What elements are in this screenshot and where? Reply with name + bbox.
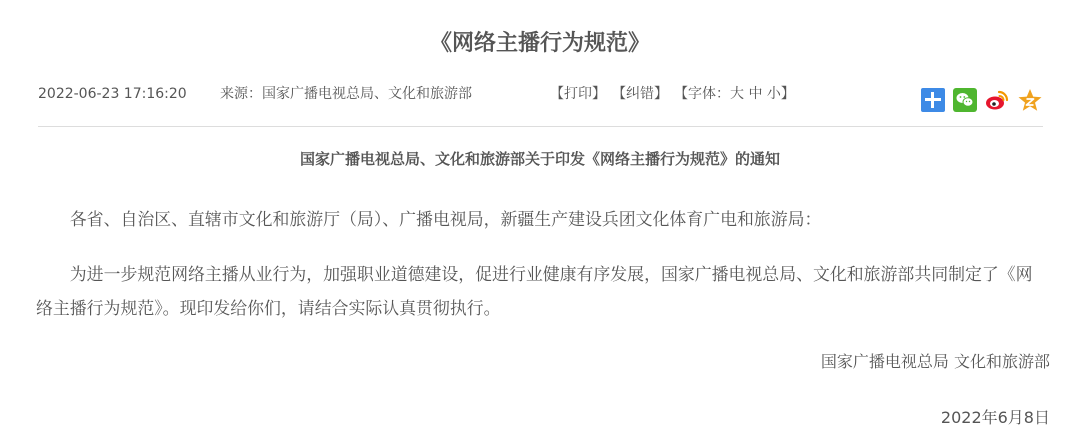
report-error-link[interactable]: 【纠错】 — [612, 86, 668, 102]
article-body: 各省、自治区、直辖市文化和旅游厅（局）、广播电视局，新疆生产建设兵团文化体育广电… — [36, 202, 1048, 346]
signature: 国家广播电视总局 文化和旅游部 — [821, 350, 1050, 374]
article-meta: 2022-06-23 17:16:20 来源：国家广播电视总局、文化和旅游部 【… — [38, 84, 1042, 108]
article-title: 《网络主播行为规范》 — [0, 28, 1080, 60]
weibo-icon[interactable] — [985, 88, 1009, 112]
font-size-small[interactable]: 小 — [767, 86, 781, 102]
print-link[interactable]: 【打印】 — [550, 86, 606, 102]
body-paragraph: 各省、自治区、直辖市文化和旅游厅（局）、广播电视局，新疆生产建设兵团文化体育广电… — [36, 202, 1048, 236]
notice-title: 国家广播电视总局、文化和旅游部关于印发《网络主播行为规范》的通知 — [0, 148, 1080, 170]
body-paragraph: 为进一步规范网络主播从业行为，加强职业道德建设，促进行业健康有序发展，国家广播电… — [36, 257, 1048, 325]
signature-date: 2022年6月8日 — [941, 406, 1050, 430]
share-bar — [921, 87, 1041, 113]
qzone-icon[interactable] — [1017, 88, 1041, 112]
article-source: 来源：国家广播电视总局、文化和旅游部 — [220, 84, 472, 104]
article-tools: 【打印】【纠错】【字体：大 中 小】 — [550, 84, 795, 104]
wechat-icon[interactable] — [953, 88, 977, 112]
publish-datetime: 2022-06-23 17:16:20 — [38, 84, 187, 104]
share-plus-icon[interactable] — [921, 88, 945, 112]
font-size-large[interactable]: 大 — [730, 86, 744, 102]
font-size-close: 】 — [781, 86, 795, 102]
font-size-label: 【字体： — [674, 86, 730, 102]
font-size-medium[interactable]: 中 — [748, 86, 762, 102]
article-page: 《网络主播行为规范》 2022-06-23 17:16:20 来源：国家广播电视… — [0, 0, 1080, 447]
header-divider — [38, 126, 1043, 127]
